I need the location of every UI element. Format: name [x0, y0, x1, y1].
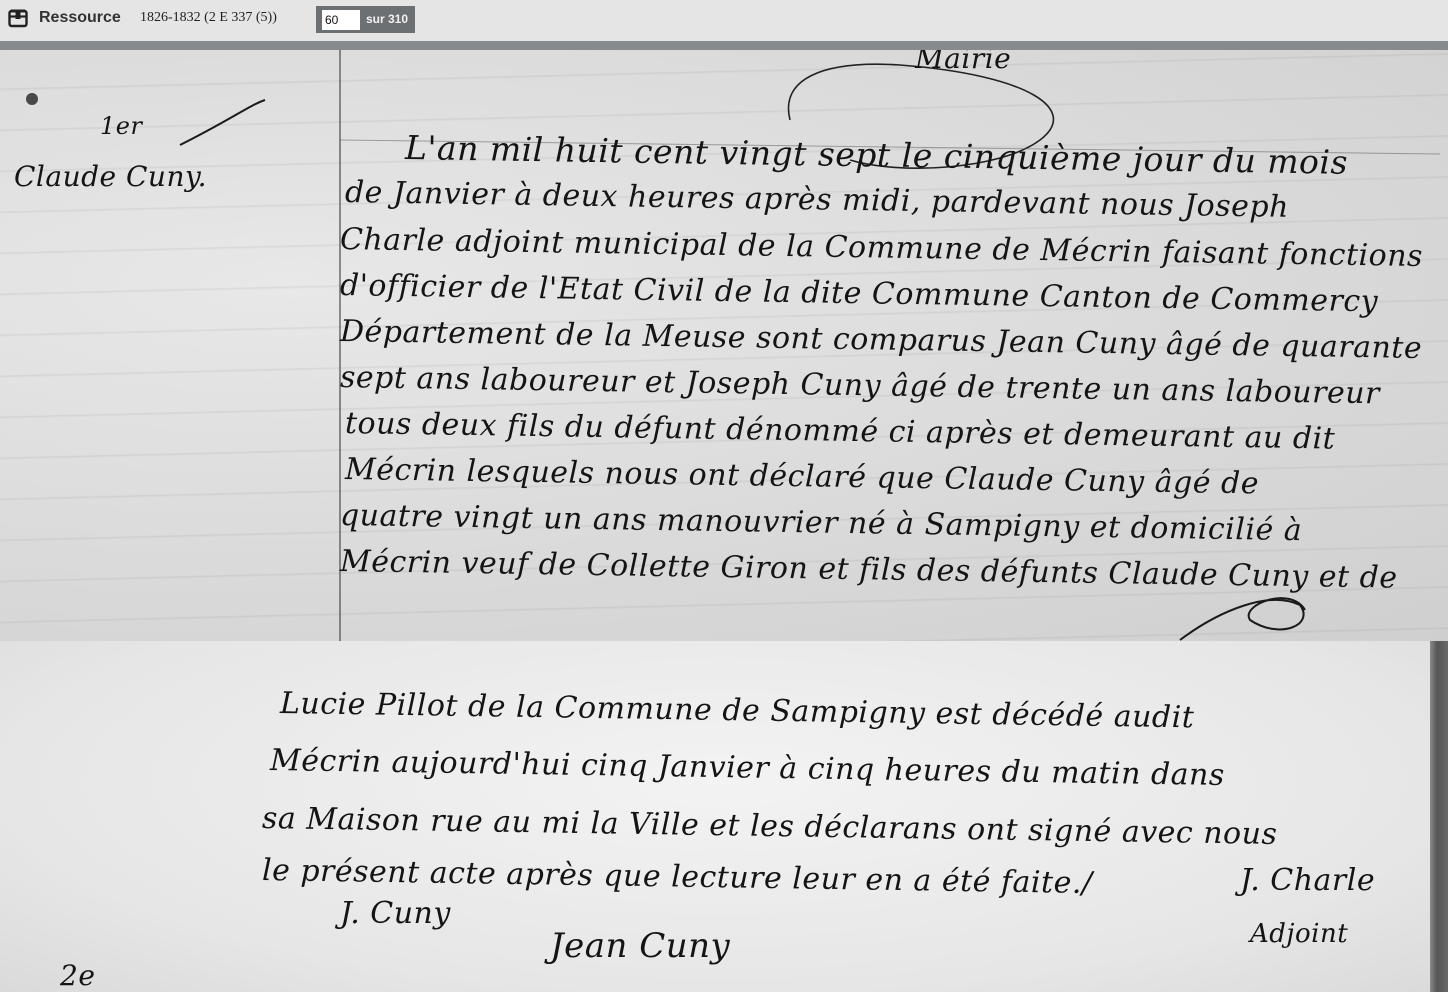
- archive-box-icon: [8, 8, 28, 28]
- signature-officer-title: Adjoint: [1250, 919, 1348, 949]
- margin-entry-number: 1er: [100, 112, 142, 140]
- text-line: Mécrin aujourd'hui cinq Janvier à cinq h…: [270, 743, 1225, 793]
- document-viewer[interactable]: Mairie 1er Claude Cuny. L'an mil huit ce…: [0, 50, 1448, 992]
- page-edge-shadow: [1430, 641, 1448, 992]
- text-line: le présent acte après que lecture leur e…: [262, 853, 1093, 901]
- signature-officer: J. Charle: [1240, 863, 1375, 898]
- resource-reference: 1826-1832 (2 E 337 (5)): [140, 10, 277, 26]
- toolbar-separator: [0, 41, 1448, 50]
- page-total-label: sur 310: [366, 12, 408, 26]
- page-navigator: sur 310: [316, 6, 415, 33]
- signature-witness-1: J. Cuny: [340, 896, 451, 931]
- text-line: Lucie Pillot de la Commune de Sampigny e…: [280, 686, 1195, 735]
- margin-entry-name: Claude Cuny.: [14, 160, 207, 193]
- scan-image-top: Mairie 1er Claude Cuny. L'an mil huit ce…: [0, 50, 1448, 641]
- text-line: sa Maison rue au mi la Ville et les décl…: [262, 801, 1278, 852]
- header-fragment: Mairie: [915, 50, 1011, 75]
- next-entry-number: 2e: [60, 959, 95, 992]
- scan-image-bottom: Lucie Pillot de la Commune de Sampigny e…: [0, 641, 1448, 992]
- signature-witness-2: Jean Cuny: [550, 926, 730, 966]
- resource-title: Ressource: [39, 9, 121, 27]
- resource-toolbar: Ressource 1826-1832 (2 E 337 (5)) sur 31…: [0, 0, 1448, 41]
- page-number-input[interactable]: [322, 10, 360, 30]
